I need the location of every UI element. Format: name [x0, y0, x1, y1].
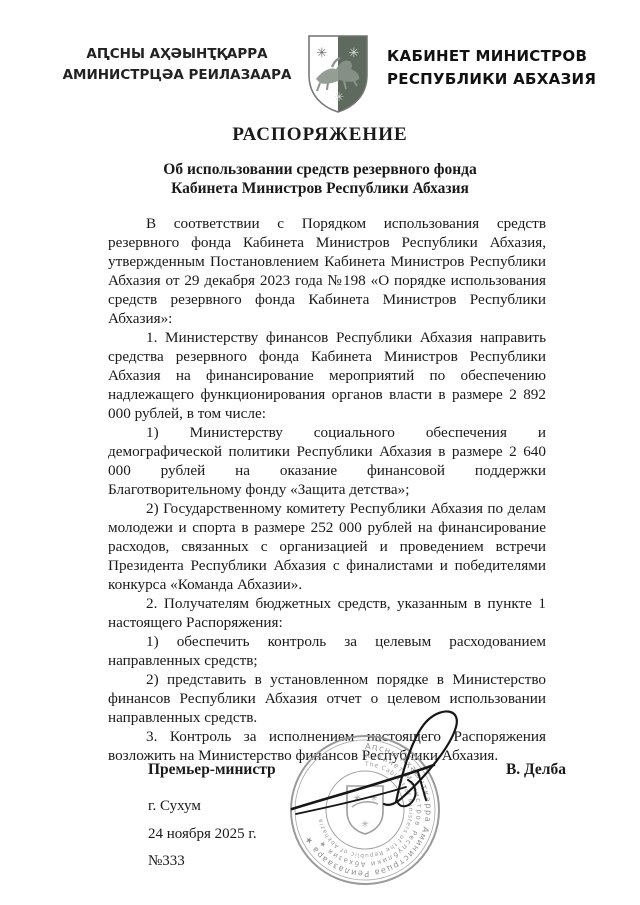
paragraph-item1-sub1: 1) Министерству социального обеспечения … [108, 423, 546, 499]
document-title: РАСПОРЯЖЕНИЕ [0, 124, 640, 146]
svg-text:✳: ✳ [334, 90, 344, 104]
document-page: АԤСНЫ АҲӘЫНҬҚАРРА АМИНИСТРЦӘА РЕИЛАЗААРА… [0, 0, 640, 905]
paragraph-item1: 1. Министерству финансов Республики Абха… [108, 328, 546, 423]
document-subtitle-line1: Об использовании средств резервного фонд… [0, 160, 640, 179]
footer-city: г. Сухум [148, 793, 257, 821]
header-abkhaz-line2: АМИНИСТРЦӘА РЕИЛАЗААРА [52, 65, 302, 86]
paragraph-item2-sub1: 1) обеспечить контроль за целевым расход… [108, 632, 546, 670]
header-russian-line1: КАБИНЕТ МИНИСТРОВ [387, 45, 597, 68]
handwritten-signature-icon [268, 696, 483, 831]
coat-of-arms-icon: ✳ ✳ ✳ [306, 33, 370, 115]
signatory-name: В. Делба [506, 761, 566, 779]
footer-block: г. Сухум 24 ноября 2025 г. №333 [148, 793, 257, 876]
paragraph-item2: 2. Получателям бюджетных средств, указан… [108, 594, 546, 632]
header-abkhaz-title: АԤСНЫ АҲӘЫНҬҚАРРА АМИНИСТРЦӘА РЕИЛАЗААРА [52, 44, 302, 86]
svg-text:✳: ✳ [349, 46, 360, 61]
document-body: В соответствии с Порядком использования … [108, 214, 546, 765]
footer-date: 24 ноября 2025 г. [148, 821, 257, 849]
document-subtitle: Об использовании средств резервного фонд… [0, 160, 640, 198]
header-abkhaz-line1: АԤСНЫ АҲӘЫНҬҚАРРА [52, 44, 302, 65]
footer-number: №333 [148, 848, 257, 876]
header-russian-title: КАБИНЕТ МИНИСТРОВ РЕСПУБЛИКИ АБХАЗИЯ [387, 45, 597, 91]
paragraph-intro: В соответствии с Порядком использования … [108, 214, 546, 328]
document-subtitle-line2: Кабинета Министров Республики Абхазия [0, 179, 640, 198]
svg-text:✳: ✳ [317, 46, 328, 61]
header-russian-line2: РЕСПУБЛИКИ АБХАЗИЯ [387, 68, 597, 91]
signatory-title: Премьер-министр [148, 761, 276, 779]
paragraph-item1-sub2: 2) Государственному комитету Республики … [108, 499, 546, 594]
